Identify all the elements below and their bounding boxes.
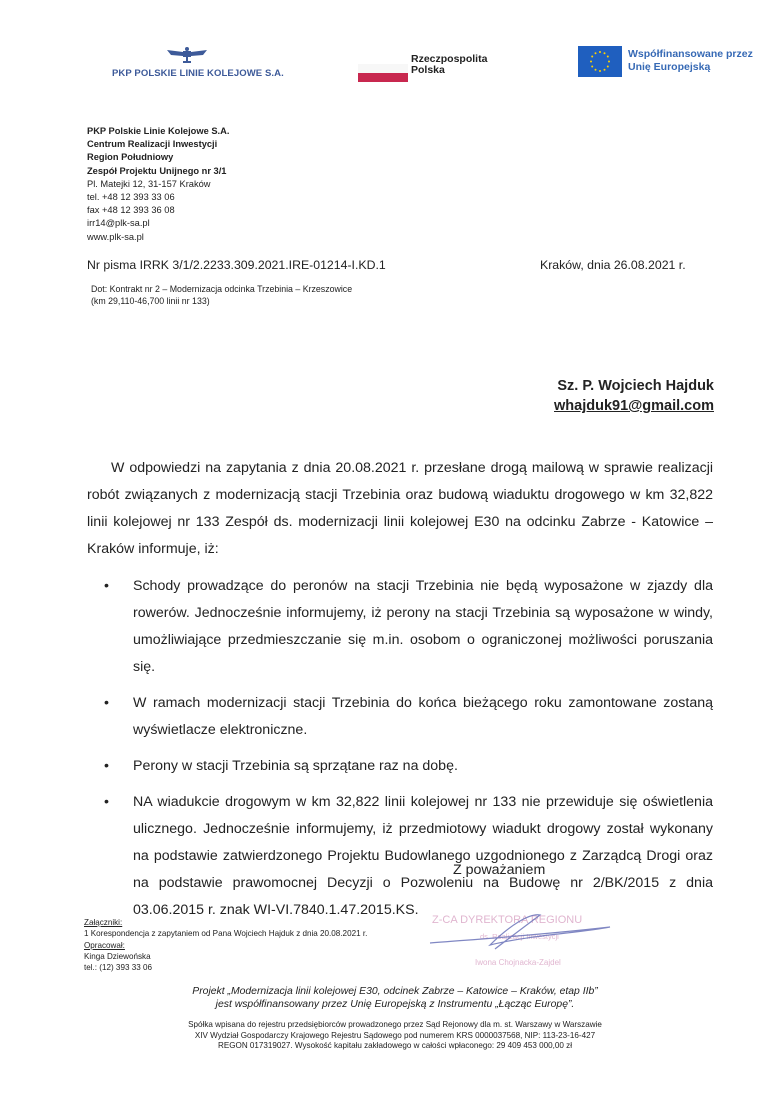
subject-line-1: Dot: Kontrakt nr 2 – Modernizacja odcink… bbox=[91, 284, 352, 296]
response-list: •Schody prowadzące do peronów na stacji … bbox=[87, 573, 713, 924]
rp-logo-line2: Polska bbox=[411, 65, 487, 76]
svg-text:Iwona Chojnacka-Zajdel: Iwona Chojnacka-Zajdel bbox=[475, 958, 561, 967]
sender-company: PKP Polskie Linie Kolejowe S.A. bbox=[87, 125, 229, 138]
attachment-item: 1 Korespondencja z zapytaniem od Pana Wo… bbox=[84, 928, 367, 939]
sender-block: PKP Polskie Linie Kolejowe S.A. Centrum … bbox=[87, 125, 229, 244]
letter-body: W odpowiedzi na zapytania z dnia 20.08.2… bbox=[87, 455, 713, 933]
sender-address: Pl. Matejki 12, 31-157 Kraków bbox=[87, 178, 229, 191]
pkp-winged-wheel-icon bbox=[165, 46, 209, 66]
polish-flag-icon bbox=[358, 64, 408, 82]
addressee-name: Sz. P. Wojciech Hajduk bbox=[554, 376, 714, 396]
bullet-icon: • bbox=[104, 789, 109, 816]
attachments-label: Załączniki: bbox=[84, 917, 367, 928]
list-item: •Perony w stacji Trzebinia są sprzątane … bbox=[87, 753, 713, 780]
eu-logo-line2: Unię Europejską bbox=[628, 61, 753, 74]
intro-paragraph: W odpowiedzi na zapytania z dnia 20.08.2… bbox=[87, 455, 713, 563]
addressee-block: Sz. P. Wojciech Hajduk whajduk91@gmail.c… bbox=[554, 376, 714, 416]
sender-tel: tel. +48 12 393 33 06 bbox=[87, 191, 229, 204]
letter-subject: Dot: Kontrakt nr 2 – Modernizacja odcink… bbox=[91, 284, 352, 307]
sender-fax: fax +48 12 393 36 08 bbox=[87, 204, 229, 217]
eu-logo-line1: Współfinansowane przez bbox=[628, 48, 753, 61]
subject-line-2: (km 29,110-46,700 linii nr 133) bbox=[91, 296, 352, 308]
list-item: •NA wiadukcie drogowym w km 32,822 linii… bbox=[87, 789, 713, 924]
prepared-by-label: Opracował: bbox=[84, 940, 367, 951]
letter-reference-number: Nr pisma IRRK 3/1/2.2233.309.2021.IRE-01… bbox=[87, 258, 386, 272]
pkp-logo-text: PKP POLSKIE LINIE KOLEJOWE S.A. bbox=[112, 68, 262, 79]
list-item: •W ramach modernizacji stacji Trzebinia … bbox=[87, 690, 713, 744]
letter-date: Kraków, dnia 26.08.2021 r. bbox=[540, 258, 686, 272]
sender-website: www.plk-sa.pl bbox=[87, 231, 229, 244]
prepared-by-name: Kinga Dziewońska bbox=[84, 951, 367, 962]
eu-flag-icon bbox=[578, 46, 622, 77]
bullet-icon: • bbox=[104, 573, 109, 600]
project-cofinancing-note: Projekt „Modernizacja linii kolejowej E3… bbox=[150, 985, 640, 1011]
eu-stars-icon bbox=[578, 46, 622, 77]
pkp-logo: PKP POLSKIE LINIE KOLEJOWE S.A. bbox=[112, 46, 262, 79]
prepared-by-tel: tel.: (12) 393 33 06 bbox=[84, 962, 367, 973]
sender-region: Region Południowy bbox=[87, 151, 229, 164]
bullet-icon: • bbox=[104, 753, 109, 780]
addressee-email: whajduk91@gmail.com bbox=[554, 396, 714, 416]
sender-team: Zespół Projektu Unijnego nr 3/1 bbox=[87, 165, 229, 178]
attachments-block: Załączniki: 1 Korespondencja z zapytanie… bbox=[84, 917, 367, 973]
bullet-icon: • bbox=[104, 690, 109, 717]
signature-stamp-icon: Z-CA DYREKTORA REGIONU ds. Realizacji In… bbox=[420, 905, 640, 975]
svg-text:Z-CA DYREKTORA REGIONU: Z-CA DYREKTORA REGIONU bbox=[432, 914, 582, 926]
list-item: •Schody prowadzące do peronów na stacji … bbox=[87, 573, 713, 681]
sender-email: irr14@plk-sa.pl bbox=[87, 217, 229, 230]
closing-salutation: Z poważaniem bbox=[453, 862, 545, 878]
sender-center: Centrum Realizacji Inwestycji bbox=[87, 138, 229, 151]
company-legal-info: Spółka wpisana do rejestru przedsiębiorc… bbox=[150, 1020, 640, 1052]
